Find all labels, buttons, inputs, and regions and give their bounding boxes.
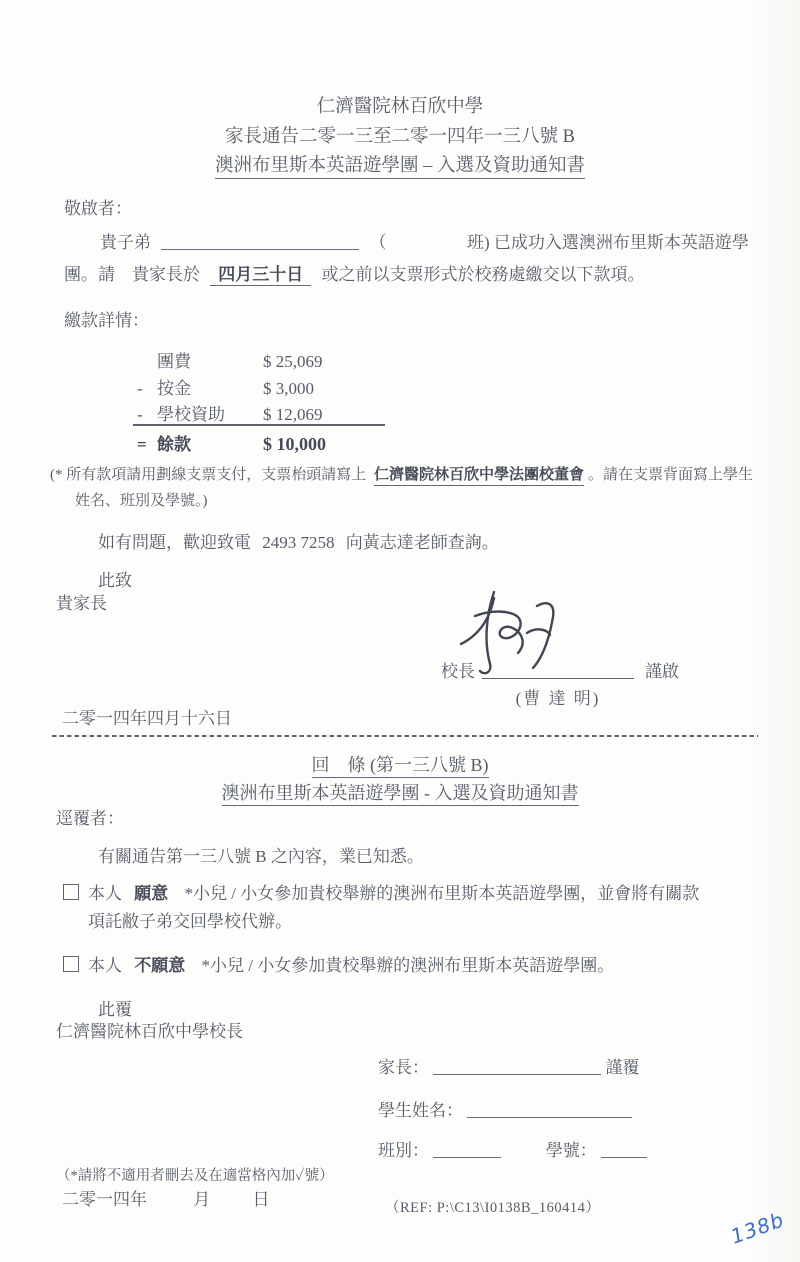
cheque-note-pre: (* 所有款項請用劃線支票支付，支票枱頭請寫上 (50, 467, 366, 483)
principal-signature-line (482, 678, 634, 679)
payment-heading: 繳款詳情： (64, 306, 149, 331)
inquiry-line: 如有問題，歡迎致電 2493 7258 向黃志達老師查詢。 (98, 528, 499, 553)
inquiry-post: 向黃志達老師查詢。 (346, 533, 499, 552)
payment-label: 餘款 (157, 430, 263, 455)
reply-slip-subject-text: 澳洲布里斯本英語遊學團 - 入選及資助通知書 (222, 783, 579, 806)
reply-addressee: 仁濟醫院林百欣中學校長 (56, 1017, 243, 1042)
cheque-note-line-2: 姓名、班別及學號。) (75, 488, 756, 514)
parent-signature-row: 家長： 謹覆 (378, 1053, 640, 1078)
payment-label: 按金 (157, 374, 263, 399)
deadline-suffix: 或之前以支票形式於校務處繳交以下款項。 (322, 265, 645, 284)
payment-deadline: 四月三十日 (210, 265, 311, 286)
payment-label: 學校資助 (157, 400, 263, 425)
payment-op: = (137, 435, 157, 455)
option-disagree-prefix: 本人 (88, 956, 122, 975)
tear-off-divider (52, 735, 758, 737)
disagree-checkbox[interactable] (63, 956, 79, 972)
payment-op: - (137, 379, 157, 399)
option-disagree-text: *小兒 / 小女參加貴校舉辦的澳洲布里斯本英語遊學團。 (202, 956, 615, 975)
class-blank (433, 1139, 501, 1158)
payment-row-deposit: - 按金 $ 3,000 (137, 374, 314, 399)
class-number-row: 班別： 學號： (378, 1136, 647, 1161)
deadline-prefix: 團。請 貴家長於 (64, 265, 200, 284)
closing-recipient: 貴家長 (56, 589, 107, 614)
reply-date-row: 二零一四年 月 日 (62, 1185, 270, 1210)
reference-code: （REF: P:\C13\I0138B_160414） (385, 1196, 600, 1217)
reply-slip-subject: 澳洲布里斯本英語遊學團 - 入選及資助通知書 (0, 779, 800, 805)
principal-label: 校長 (441, 657, 475, 682)
reply-slip-heading-text: 回 條 (第一三八號 B) (312, 755, 489, 778)
student-name-label: 貴子弟 (100, 233, 151, 252)
handwritten-file-number: 138b (728, 1207, 788, 1248)
payment-amount: $ 10,000 (263, 434, 326, 455)
phone-number: 2493 7258 (262, 533, 334, 552)
delete-inapplicable-footnote: （*請將不適用者刪去及在適當格內加✓號） (56, 1164, 334, 1185)
class-paren-open: （ (370, 233, 387, 252)
payment-sum-rule (133, 424, 385, 426)
student-no-blank (601, 1139, 647, 1158)
salutation: 敬啟者： (64, 194, 132, 219)
student-name-label: 學生姓名： (378, 1101, 463, 1120)
reply-date-day: 日 (253, 1190, 270, 1209)
paragraph-1-continued: 班) 已成功入選澳洲布里斯本英語遊學 (467, 233, 749, 252)
school-name: 仁濟醫院林百欣中學 (0, 92, 800, 118)
payment-row-subsidy: - 學校資助 $ 12,069 (137, 400, 323, 425)
payment-label: 團費 (157, 347, 263, 372)
option-disagree-keyword: 不願意 (134, 956, 185, 975)
student-name-blank (161, 231, 359, 250)
notice-number: 家長通告二零一三至二零一四年一三八號 B (0, 122, 800, 148)
notice-subject: 澳洲布里斯本英語遊學團 – 入選及資助通知書 (0, 151, 800, 177)
student-name-blank (467, 1099, 632, 1118)
reply-salutation: 逕覆者： (56, 804, 124, 829)
inquiry-pre: 如有問題，歡迎致電 (98, 533, 251, 552)
paragraph-1-line-2: 團。請 貴家長於 四月三十日 或之前以支票形式於校務處繳交以下款項。 (64, 260, 645, 285)
respectfully-label: 謹啟 (645, 657, 679, 682)
cheque-payee: 仁濟醫院林百欣中學法團校董會 (374, 467, 584, 486)
agree-checkbox[interactable] (63, 884, 79, 900)
parent-suffix: 謹覆 (606, 1058, 640, 1077)
payment-op: - (137, 405, 157, 425)
cheque-note-post: 。請在支票背面寫上學生 (588, 467, 753, 483)
reply-date-year: 二零一四年 (62, 1190, 147, 1209)
option-agree-keyword: 願意 (134, 884, 168, 903)
field-gap (506, 1139, 542, 1156)
class-label: 班別： (378, 1141, 429, 1160)
option-disagree-line: 本人 不願意 *小兒 / 小女參加貴校舉辦的澳洲布里斯本英語遊學團。 (88, 951, 614, 976)
scanned-notice-page: 仁濟醫院林百欣中學 家長通告二零一三至二零一四年一三八號 B 澳洲布里斯本英語遊… (0, 0, 800, 1262)
payment-row-fee: 團費 $ 25,069 (137, 347, 323, 372)
payment-amount: $ 12,069 (263, 405, 323, 425)
paragraph-1-line-1: 貴子弟 （ 班) 已成功入選澳洲布里斯本英語遊學 (100, 228, 749, 253)
reply-date-month: 月 (193, 1190, 210, 1209)
payment-row-balance: = 餘款 $ 10,000 (137, 430, 326, 455)
payment-amount: $ 25,069 (263, 352, 323, 372)
parent-label: 家長： (378, 1058, 429, 1077)
notice-date: 二零一四年四月十六日 (62, 704, 232, 729)
student-name-row: 學生姓名： (378, 1096, 632, 1121)
reply-acknowledgement: 有關通告第一三八號 B 之內容，業已知悉。 (98, 842, 424, 867)
option-agree-line-1: 本人 願意 *小兒 / 小女參加貴校舉辦的澳洲布里斯本英語遊學團，並會將有關款 (88, 879, 699, 904)
class-blank (391, 231, 463, 248)
cheque-note: (* 所有款項請用劃線支票支付，支票枱頭請寫上 仁濟醫院林百欣中學法團校董會。請… (50, 462, 756, 514)
parent-signature-blank (433, 1056, 601, 1075)
reply-slip-heading: 回 條 (第一三八號 B) (0, 751, 800, 777)
option-agree-text: *小兒 / 小女參加貴校舉辦的澳洲布里斯本英語遊學團，並會將有關款 (185, 884, 700, 903)
option-agree-prefix: 本人 (88, 884, 122, 903)
closing-regards: 此致 (98, 566, 132, 591)
payment-amount: $ 3,000 (263, 379, 314, 399)
notice-subject-text: 澳洲布里斯本英語遊學團 – 入選及資助通知書 (215, 156, 585, 179)
principal-name: (曹 達 明) (482, 684, 634, 709)
option-agree-line-2: 項託敝子弟交回學校代辦。 (88, 907, 292, 932)
student-no-label: 學號： (546, 1141, 597, 1160)
